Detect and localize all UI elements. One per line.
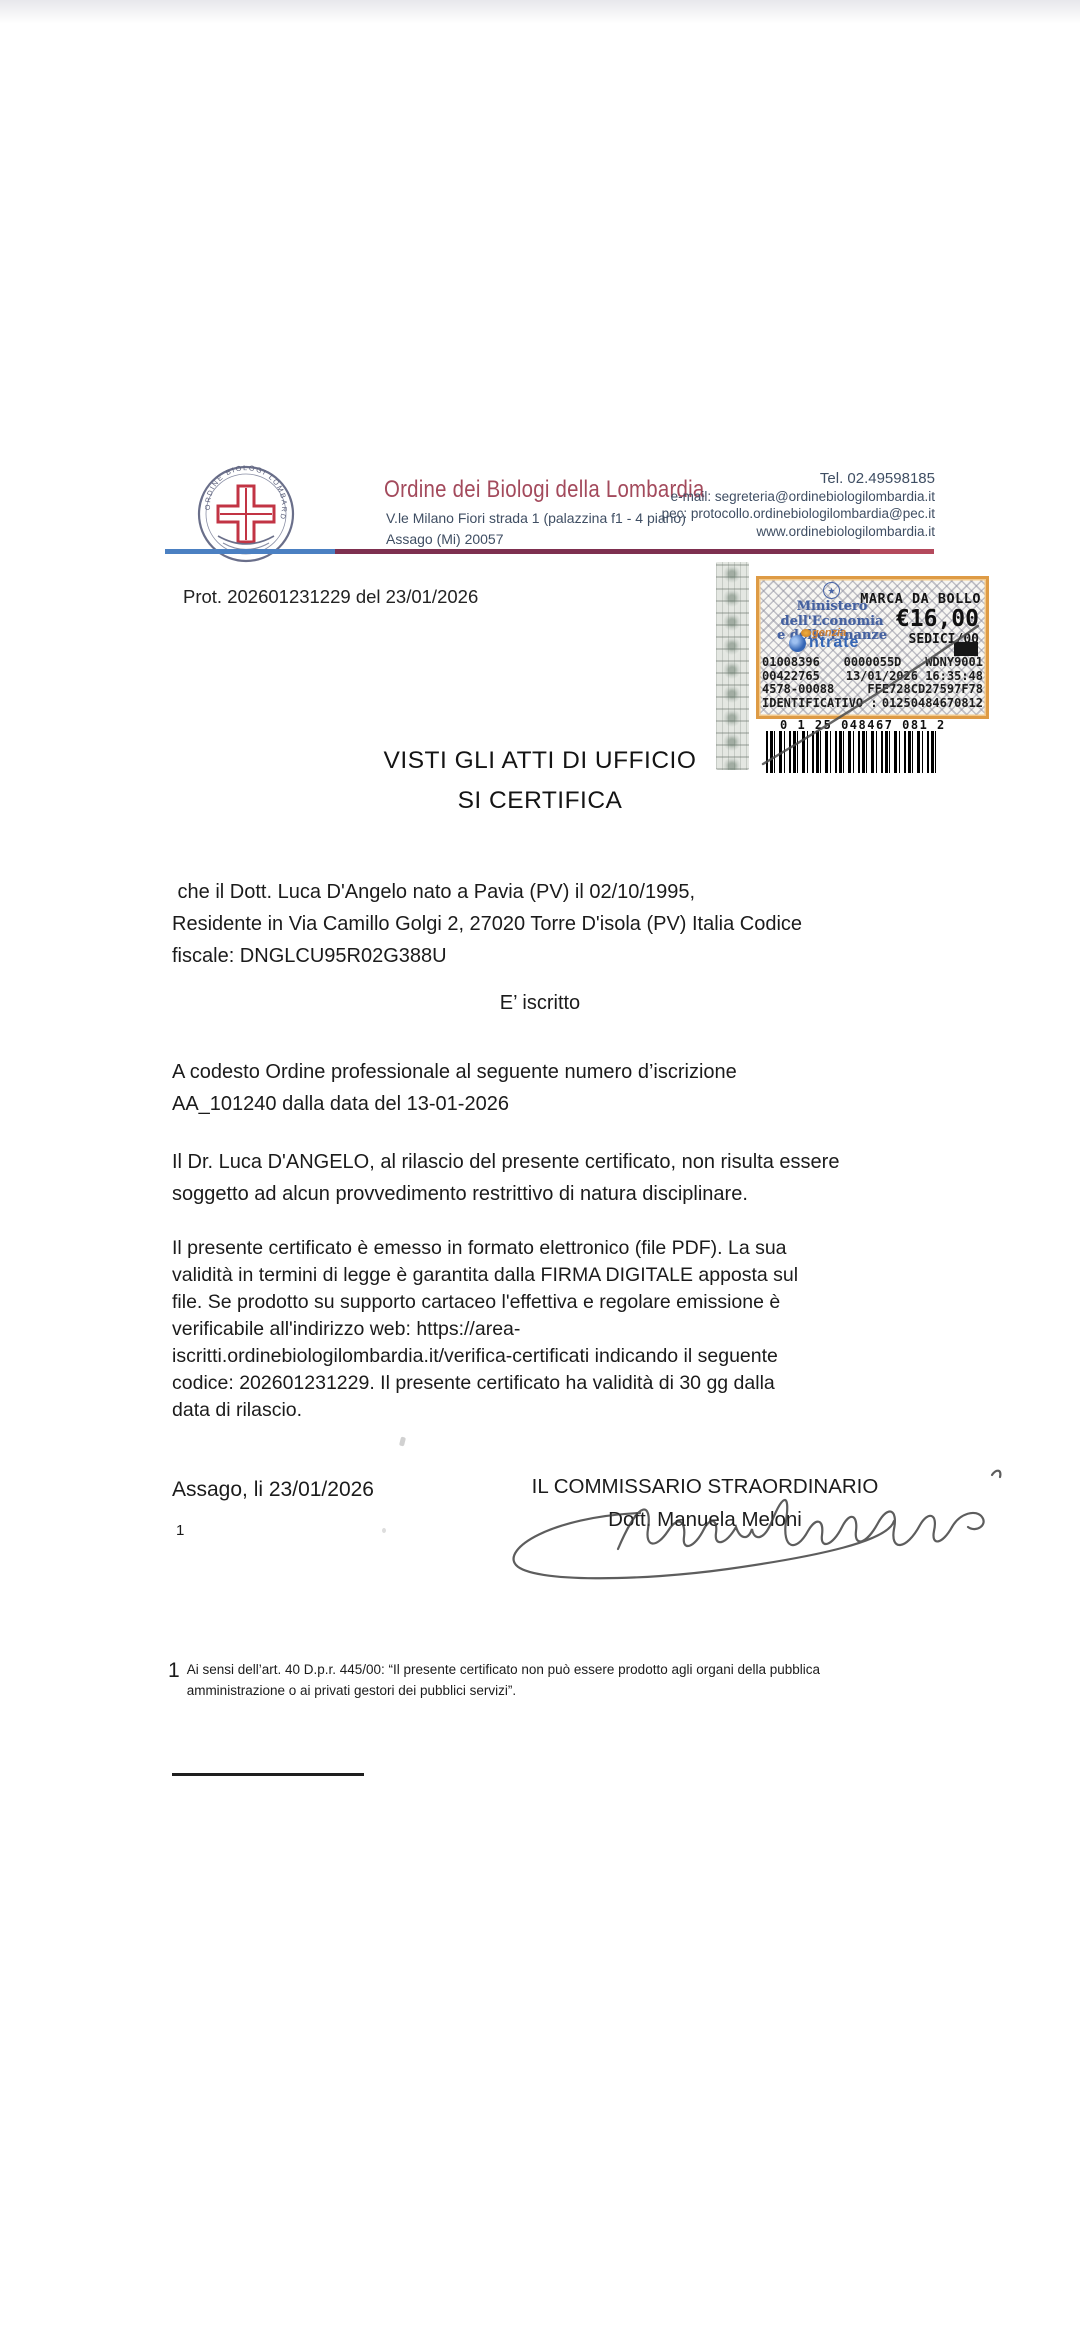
barcode-digits: 0 1 25 048467 081 2 <box>780 718 946 732</box>
contact-block: Tel. 02.49598185 e-mail: segreteria@ordi… <box>560 470 935 540</box>
stamp-datetime: 13/01/2026 16:35:48 <box>846 670 983 682</box>
stamp-serial-2: 0000055D <box>844 656 902 668</box>
agency-globe-icon <box>789 635 806 652</box>
scan-speck <box>382 1528 386 1533</box>
subheading-iscritto: E’ iscritto <box>140 992 940 1015</box>
scan-speck <box>399 1437 406 1447</box>
place-and-date: Assago, li 23/01/2026 <box>172 1478 374 1502</box>
agency-name-text: ntrate <box>809 634 859 652</box>
star-icon: ★ <box>827 586 835 596</box>
stamp-amount: €16,00 <box>896 606 979 632</box>
header-rule-red-segment <box>860 549 934 554</box>
stamp-serial-4: 00422765 <box>762 670 820 682</box>
paragraph-disciplinary: Il Dr. Luca D'ANGELO, al rilascio del pr… <box>172 1146 972 1210</box>
header-rule-maroon-segment <box>335 549 860 554</box>
top-scan-shadow <box>0 0 1080 24</box>
contact-pec: pec: protocollo.ordinebiologilombardia@p… <box>560 505 935 523</box>
contact-email: e-mail: segreteria@ordinebiologilombardi… <box>560 488 935 506</box>
stamp-row-2: 00422765 13/01/2026 16:35:48 <box>762 670 983 682</box>
certificate-document-page: ORDINE BIOLOGI LOMBARDIA Ordine dei Biol… <box>0 0 1080 2340</box>
stamp-title: MARCA DA BOLLO <box>860 591 981 607</box>
footnote-text: Ai sensi dell’art. 40 D.p.r. 445/00: “Il… <box>187 1660 820 1701</box>
contact-website: www.ordinebiologilombardia.it <box>560 523 935 541</box>
guilloche-strip <box>716 562 749 770</box>
stamp-data-rows: 01008396 0000055D WDNY9001 00422765 13/0… <box>762 656 983 711</box>
paragraph-registration: A codesto Ordine professionale al seguen… <box>172 1056 972 1120</box>
stamp-id-label: IDENTIFICATIVO : <box>762 697 878 709</box>
stamp-serial-5: 4578-00088 <box>762 683 834 695</box>
footnote: 1 Ai sensi dell’art. 40 D.p.r. 445/00: “… <box>168 1660 948 1701</box>
stamp-row-3: 4578-00088 FFE728CD27597F78 <box>762 683 983 695</box>
certificate-heading: VISTI GLI ATTI DI UFFICIO SI CERTIFICA <box>140 741 940 821</box>
stamp-row-1: 01008396 0000055D WDNY9001 <box>762 656 983 668</box>
protocol-line: Prot. 202601231229 del 23/01/2026 <box>183 586 478 608</box>
organization-address-line2: Assago (Mi) 20057 <box>386 531 504 547</box>
stamp-serial-3: WDNY9001 <box>925 656 983 668</box>
paragraph-personal-data: che il Dott. Luca D'Angelo nato a Pavia … <box>172 876 972 972</box>
stamp-row-4: IDENTIFICATIVO : 01250484670812 <box>762 697 983 709</box>
stamp-black-mark <box>954 642 978 656</box>
contact-phone: Tel. 02.49598185 <box>560 470 935 488</box>
paragraph-validity: Il presente certificato è emesso in form… <box>172 1235 972 1424</box>
handwritten-signature <box>490 1455 1020 1590</box>
stamp-id-value: 01250484670812 <box>882 697 983 709</box>
bottom-separator-line <box>172 1773 364 1776</box>
footnote-number: 1 <box>168 1660 180 1681</box>
footnote-reference: 1 <box>176 1522 184 1539</box>
republic-emblem-icon: ★ <box>823 582 840 599</box>
header-rule-blue-segment <box>165 549 335 554</box>
stamp-hex-code: FFE728CD27597F78 <box>867 683 983 695</box>
stamp-serial-1: 01008396 <box>762 656 820 668</box>
marca-da-bollo-stamp: ★ Ministero dell'Economia e delle Finanz… <box>756 576 989 719</box>
